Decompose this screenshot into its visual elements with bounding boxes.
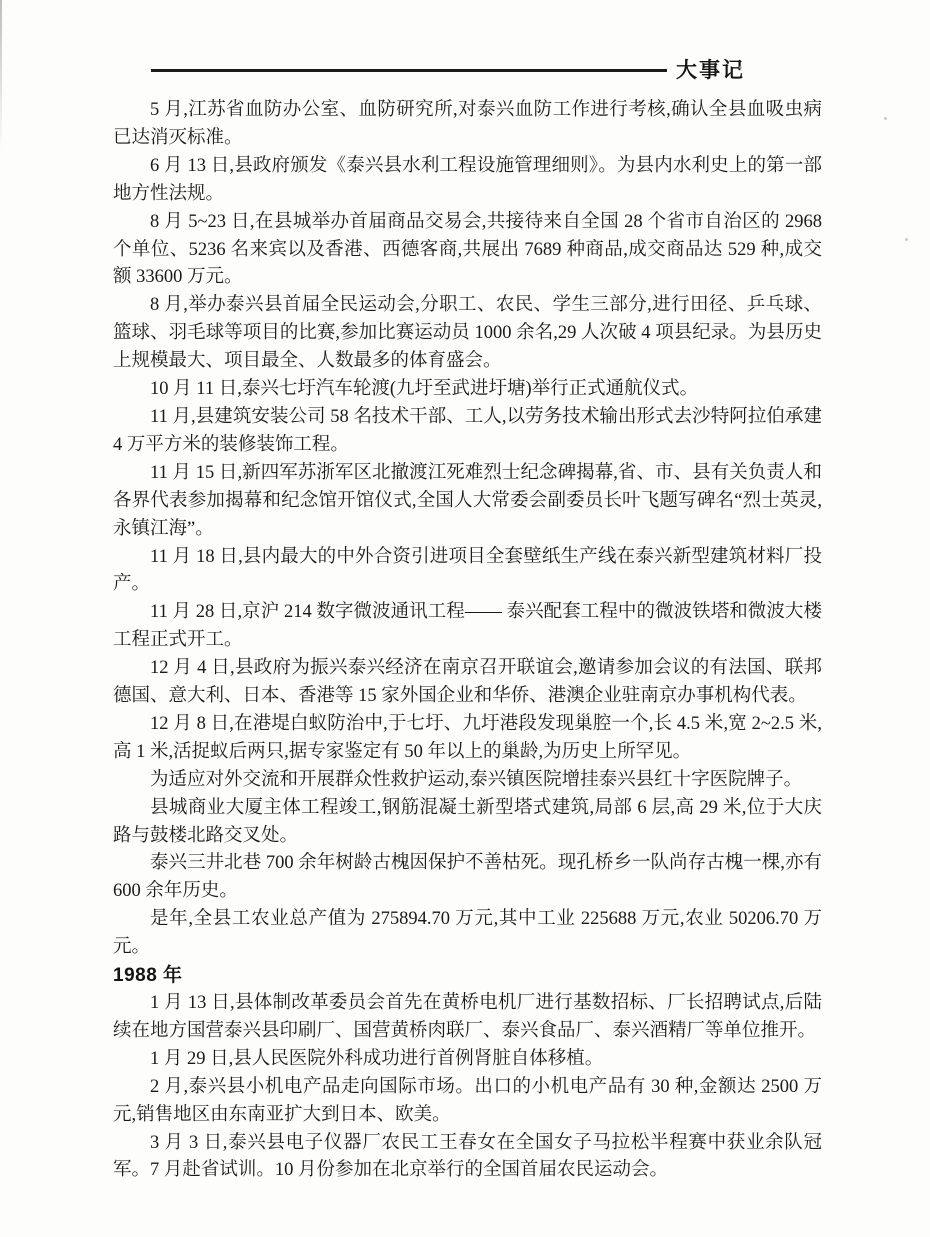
chronicle-entry-1988-1: 1 月 13 日,县体制改革委员会首先在黄桥电机厂进行基数招标、厂长招聘试点,后… bbox=[113, 990, 822, 1046]
section-heading-1988: 1988 年 bbox=[113, 962, 822, 990]
chronicle-entry-1987-7: 11 月 15 日,新四军苏浙军区北撤渡江死难烈士纪念碑揭幕,省、市、县有关负责… bbox=[113, 460, 822, 544]
chronicle-entry-1987-13: 县城商业大厦主体工程竣工,钢筋混凝土新型塔式建筑,局部 6 层,高 29 米,位… bbox=[113, 795, 822, 851]
page-header: 大事记 bbox=[151, 54, 761, 84]
page-header-title: 大事记 bbox=[676, 54, 745, 84]
chronicle-entry-1987-15: 是年,全县工农业总产值为 275894.70 万元,其中工业 225688 万元… bbox=[113, 906, 822, 962]
chronicle-entry-1987-1: 5 月,江苏省血防办公室、血防研究所,对泰兴血防工作进行考核,确认全县血吸虫病已… bbox=[113, 97, 822, 153]
chronicle-entry-1987-2: 6 月 13 日,县政府颁发《泰兴县水利工程设施管理细则》。为县内水利史上的第一… bbox=[113, 153, 822, 209]
chronicle-entry-1987-10: 12 月 4 日,县政府为振兴泰兴经济在南京召开联谊会,邀请参加会议的有法国、联… bbox=[113, 655, 822, 711]
scan-speck bbox=[905, 238, 908, 241]
chronicle-entry-1987-4: 8 月,举办泰兴县首届全民运动会,分职工、农民、学生三部分,进行田径、乒乓球、篮… bbox=[113, 292, 822, 376]
chronicle-body: 5 月,江苏省血防办公室、血防研究所,对泰兴血防工作进行考核,确认全县血吸虫病已… bbox=[113, 97, 822, 1185]
scan-speck bbox=[884, 117, 887, 120]
chronicle-entry-1988-2: 1 月 29 日,县人民医院外科成功进行首例肾脏自体移植。 bbox=[113, 1046, 822, 1074]
chronicle-entry-1988-4: 3 月 3 日,泰兴县电子仪器厂农民工王春女在全国女子马拉松半程赛中获业余队冠军… bbox=[113, 1130, 822, 1186]
scan-speck bbox=[418, 864, 421, 867]
scan-edge-artifact bbox=[0, 0, 2, 150]
chronicle-entry-1987-11: 12 月 8 日,在港堤白蚁防治中,于七圩、九圩港段发现巢腔一个,长 4.5 米… bbox=[113, 711, 822, 767]
chronicle-entry-1987-8: 11 月 18 日,县内最大的中外合资引进项目全套壁纸生产线在泰兴新型建筑材料厂… bbox=[113, 544, 822, 600]
chronicle-entry-1988-3: 2 月,泰兴县小机电产品走向国际市场。出口的小机电产品有 30 种,金额达 25… bbox=[113, 1074, 822, 1130]
chronicle-entry-1987-14: 泰兴三井北巷 700 余年树龄古槐因保护不善枯死。现孔桥乡一队尚存古槐一棵,亦有… bbox=[113, 850, 822, 906]
chronicle-entry-1987-3: 8 月 5~23 日,在县城举办首届商品交易会,共接待来自全国 28 个省市自治… bbox=[113, 209, 822, 293]
chronicle-entry-1987-12: 为适应对外交流和开展群众性救护运动,泰兴镇医院增挂泰兴县红十字医院牌子。 bbox=[113, 767, 822, 795]
scan-speck bbox=[739, 66, 742, 69]
scan-speck bbox=[576, 241, 579, 244]
header-rule bbox=[151, 69, 667, 72]
chronicle-entry-1987-9: 11 月 28 日,京沪 214 数字微波通讯工程—— 泰兴配套工程中的微波铁塔… bbox=[113, 599, 822, 655]
chronicle-entry-1987-6: 11 月,县建筑安装公司 58 名技术干部、工人,以劳务技术输出形式去沙特阿拉伯… bbox=[113, 404, 822, 460]
chronicle-entry-1987-5: 10 月 11 日,泰兴七圩汽车轮渡(九圩至武进圩塘)举行正式通航仪式。 bbox=[113, 376, 822, 404]
scanned-page: 大事记 5 月,江苏省血防办公室、血防研究所,对泰兴血防工作进行考核,确认全县血… bbox=[0, 0, 930, 1237]
